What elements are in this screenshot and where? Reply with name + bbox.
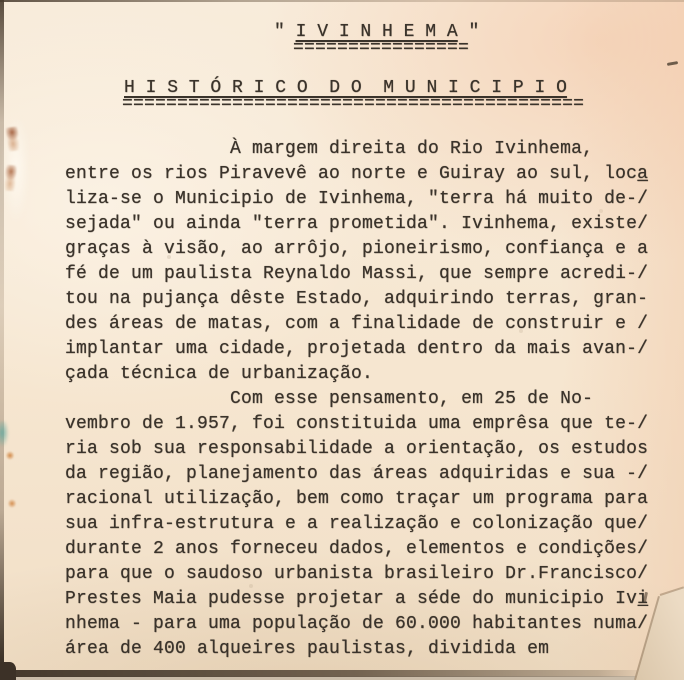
scan-edge-left — [0, 0, 4, 680]
document-title: " I V I N H E M A "================ — [274, 20, 479, 54]
section-heading: H I S T Ó R I C O D O M U N I C I P I O=… — [124, 76, 584, 110]
scanned-document-page: " I V I N H E M A "================ H I … — [0, 0, 684, 680]
scan-edge-top — [0, 0, 684, 2]
document-body-text: À margem direita do Rio Ivinhema, entre … — [65, 137, 648, 662]
orange-stain-dot — [8, 499, 16, 508]
rust-stain — [4, 165, 17, 192]
scan-edge-bottom — [0, 670, 650, 677]
pen-dash-mark — [667, 61, 678, 66]
teal-stain — [0, 421, 10, 455]
scan-edge-corner — [0, 662, 16, 680]
title-double-underline: ================ — [293, 43, 479, 54]
section-heading-double-underline: ========================================… — [122, 99, 584, 110]
orange-stain-dot — [6, 451, 14, 460]
paper-speckles — [0, 0, 2, 2]
